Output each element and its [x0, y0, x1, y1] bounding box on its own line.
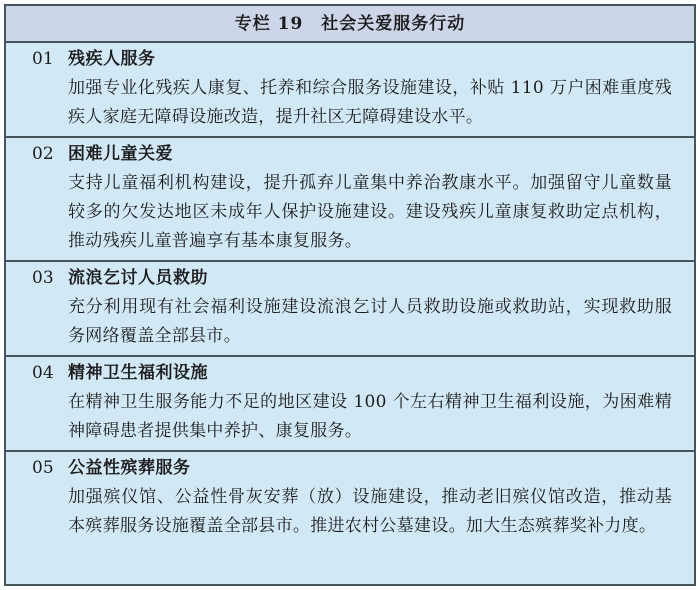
section-heading: 公益性殡葬服务 — [68, 454, 191, 483]
section-row: 02 困难儿童关爱 支持儿童福利机构建设，提升孤弃儿童集中养治教康水平。加强留守… — [6, 138, 694, 262]
section-body: 加强专业化残疾人康复、托养和综合服务设施建设，补贴 110 万户困难重度残疾人家… — [68, 74, 672, 132]
box-title: 专栏 19 社会关爱服务行动 — [6, 6, 694, 43]
document-page: 专栏 19 社会关爱服务行动 01 残疾人服务 加强专业化残疾人康复、托养和综合… — [0, 0, 700, 590]
feature-box: 专栏 19 社会关爱服务行动 01 残疾人服务 加强专业化残疾人康复、托养和综合… — [4, 4, 696, 586]
section-number: 02 — [32, 140, 68, 169]
section-body: 充分利用现有社会福利设施建设流浪乞讨人员救助设施或救助站，实现救助服务网络覆盖全… — [68, 293, 672, 351]
section-row: 05 公益性殡葬服务 加强殡仪馆、公益性骨灰安葬（放）设施建设，推动老旧殡仪馆改… — [6, 452, 694, 545]
section-heading-row: 04 精神卫生福利设施 — [32, 359, 672, 388]
section-number: 05 — [32, 454, 68, 483]
section-number: 01 — [32, 45, 68, 74]
section-heading: 残疾人服务 — [68, 45, 156, 74]
section-heading: 精神卫生福利设施 — [68, 359, 208, 388]
section-body: 支持儿童福利机构建设，提升孤弃儿童集中养治教康水平。加强留守儿童数量较多的欠发达… — [68, 169, 672, 256]
section-heading-row: 03 流浪乞讨人员救助 — [32, 264, 672, 293]
section-heading: 困难儿童关爱 — [68, 140, 173, 169]
section-number: 03 — [32, 264, 68, 293]
section-heading: 流浪乞讨人员救助 — [68, 264, 208, 293]
section-number: 04 — [32, 359, 68, 388]
section-body: 在精神卫生服务能力不足的地区建设 100 个左右精神卫生福利设施，为困难精神障碍… — [68, 388, 672, 446]
section-row: 04 精神卫生福利设施 在精神卫生服务能力不足的地区建设 100 个左右精神卫生… — [6, 357, 694, 452]
section-heading-row: 01 残疾人服务 — [32, 45, 672, 74]
section-body: 加强殡仪馆、公益性骨灰安葬（放）设施建设，推动老旧殡仪馆改造，推动基本殡葬服务设… — [68, 483, 672, 541]
section-row: 03 流浪乞讨人员救助 充分利用现有社会福利设施建设流浪乞讨人员救助设施或救助站… — [6, 262, 694, 357]
section-row: 01 残疾人服务 加强专业化残疾人康复、托养和综合服务设施建设，补贴 110 万… — [6, 43, 694, 138]
section-heading-row: 05 公益性殡葬服务 — [32, 454, 672, 483]
section-heading-row: 02 困难儿童关爱 — [32, 140, 672, 169]
